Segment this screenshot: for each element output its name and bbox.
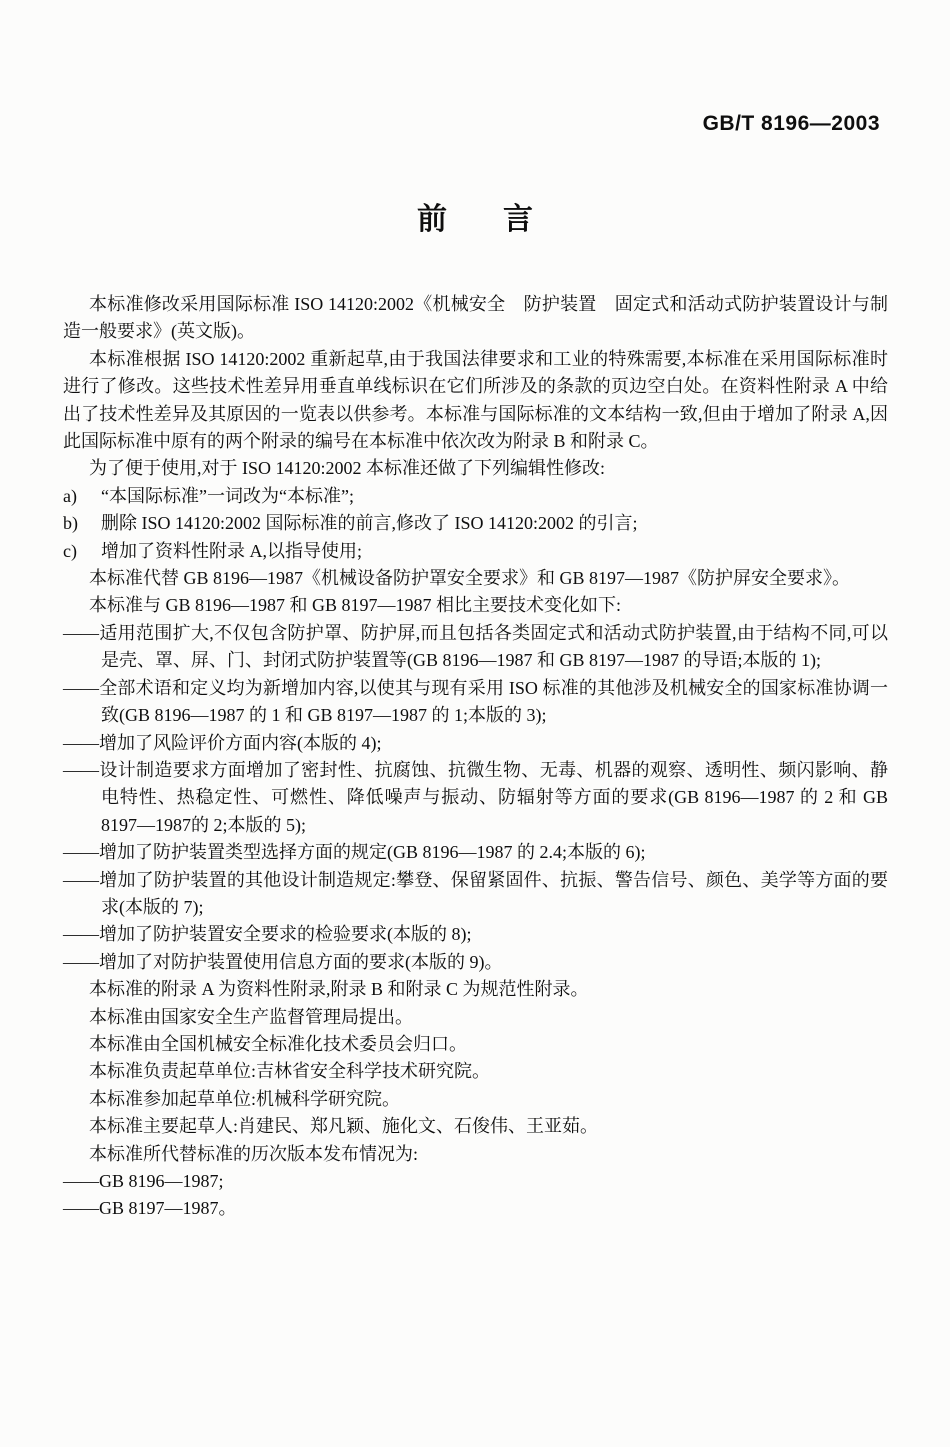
editorial-item-c-label: c) xyxy=(63,538,101,565)
paragraph-chief-drafting-org: 本标准负责起草单位:吉林省安全科学技术研究院。 xyxy=(63,1058,888,1085)
editorial-item-c: c)增加了资料性附录 A,以指导使用; xyxy=(63,538,888,565)
change-item-4: ——设计制造要求方面增加了密封性、抗腐蚀、抗微生物、无毒、机器的观察、透明性、频… xyxy=(63,757,888,839)
foreword-body: 本标准修改采用国际标准 ISO 14120:2002《机械安全 防护装置 固定式… xyxy=(63,291,888,1223)
paragraph-participating-org: 本标准参加起草单位:机械科学研究院。 xyxy=(63,1086,888,1113)
change-item-5: ——增加了防护装置类型选择方面的规定(GB 8196—1987 的 2.4;本版… xyxy=(63,839,888,866)
previous-edition-1: ——GB 8196—1987; xyxy=(63,1168,888,1195)
editorial-item-a-label: a) xyxy=(63,483,101,510)
paragraph-previous-editions-intro: 本标准所代替标准的历次版本发布情况为: xyxy=(63,1141,888,1168)
paragraph-redraft-note: 本标准根据 ISO 14120:2002 重新起草,由于我国法律要求和工业的特殊… xyxy=(63,346,888,456)
paragraph-changes-intro: 本标准与 GB 8196—1987 和 GB 8197—1987 相比主要技术变… xyxy=(63,592,888,619)
page-title: 前言 xyxy=(0,194,950,238)
paragraph-replaces: 本标准代替 GB 8196—1987《机械设备防护罩安全要求》和 GB 8197… xyxy=(63,565,888,592)
change-item-3: ——增加了风险评价方面内容(本版的 4); xyxy=(63,730,888,757)
editorial-item-b-label: b) xyxy=(63,510,101,537)
change-item-8: ——增加了对防护装置使用信息方面的要求(本版的 9)。 xyxy=(63,949,888,976)
paragraph-centralized-by: 本标准由全国机械安全标准化技术委员会归口。 xyxy=(63,1031,888,1058)
paragraph-adoption-note: 本标准修改采用国际标准 ISO 14120:2002《机械安全 防护装置 固定式… xyxy=(63,291,888,346)
standard-number: GB/T 8196—2003 xyxy=(703,112,880,136)
editorial-item-b-text: 删除 ISO 14120:2002 国际标准的前言,修改了 ISO 14120:… xyxy=(101,513,638,533)
change-item-1: ——适用范围扩大,不仅包含防护罩、防护屏,而且包括各类固定式和活动式防护装置,由… xyxy=(63,620,888,675)
change-item-6: ——增加了防护装置的其他设计制造规定:攀登、保留紧固件、抗振、警告信号、颜色、美… xyxy=(63,867,888,922)
editorial-item-b: b)删除 ISO 14120:2002 国际标准的前言,修改了 ISO 1412… xyxy=(63,510,888,537)
paragraph-editorial-intro: 为了便于使用,对于 ISO 14120:2002 本标准还做了下列编辑性修改: xyxy=(63,455,888,482)
editorial-item-a: a)“本国际标准”一词改为“本标准”; xyxy=(63,483,888,510)
change-item-7: ——增加了防护装置安全要求的检验要求(本版的 8); xyxy=(63,921,888,948)
editorial-item-c-text: 增加了资料性附录 A,以指导使用; xyxy=(101,541,362,561)
paragraph-drafters: 本标准主要起草人:肖建民、郑凡颖、施化文、石俊伟、王亚茹。 xyxy=(63,1113,888,1140)
document-page: GB/T 8196—2003 前言 本标准修改采用国际标准 ISO 14120:… xyxy=(0,0,950,1447)
previous-edition-2: ——GB 8197—1987。 xyxy=(63,1195,888,1222)
editorial-item-a-text: “本国际标准”一词改为“本标准”; xyxy=(101,486,354,506)
paragraph-proposed-by: 本标准由国家安全生产监督管理局提出。 xyxy=(63,1004,888,1031)
change-item-2: ——全部术语和定义均为新增加内容,以使其与现有采用 ISO 标准的其他涉及机械安… xyxy=(63,675,888,730)
paragraph-annex-note: 本标准的附录 A 为资料性附录,附录 B 和附录 C 为规范性附录。 xyxy=(63,976,888,1003)
